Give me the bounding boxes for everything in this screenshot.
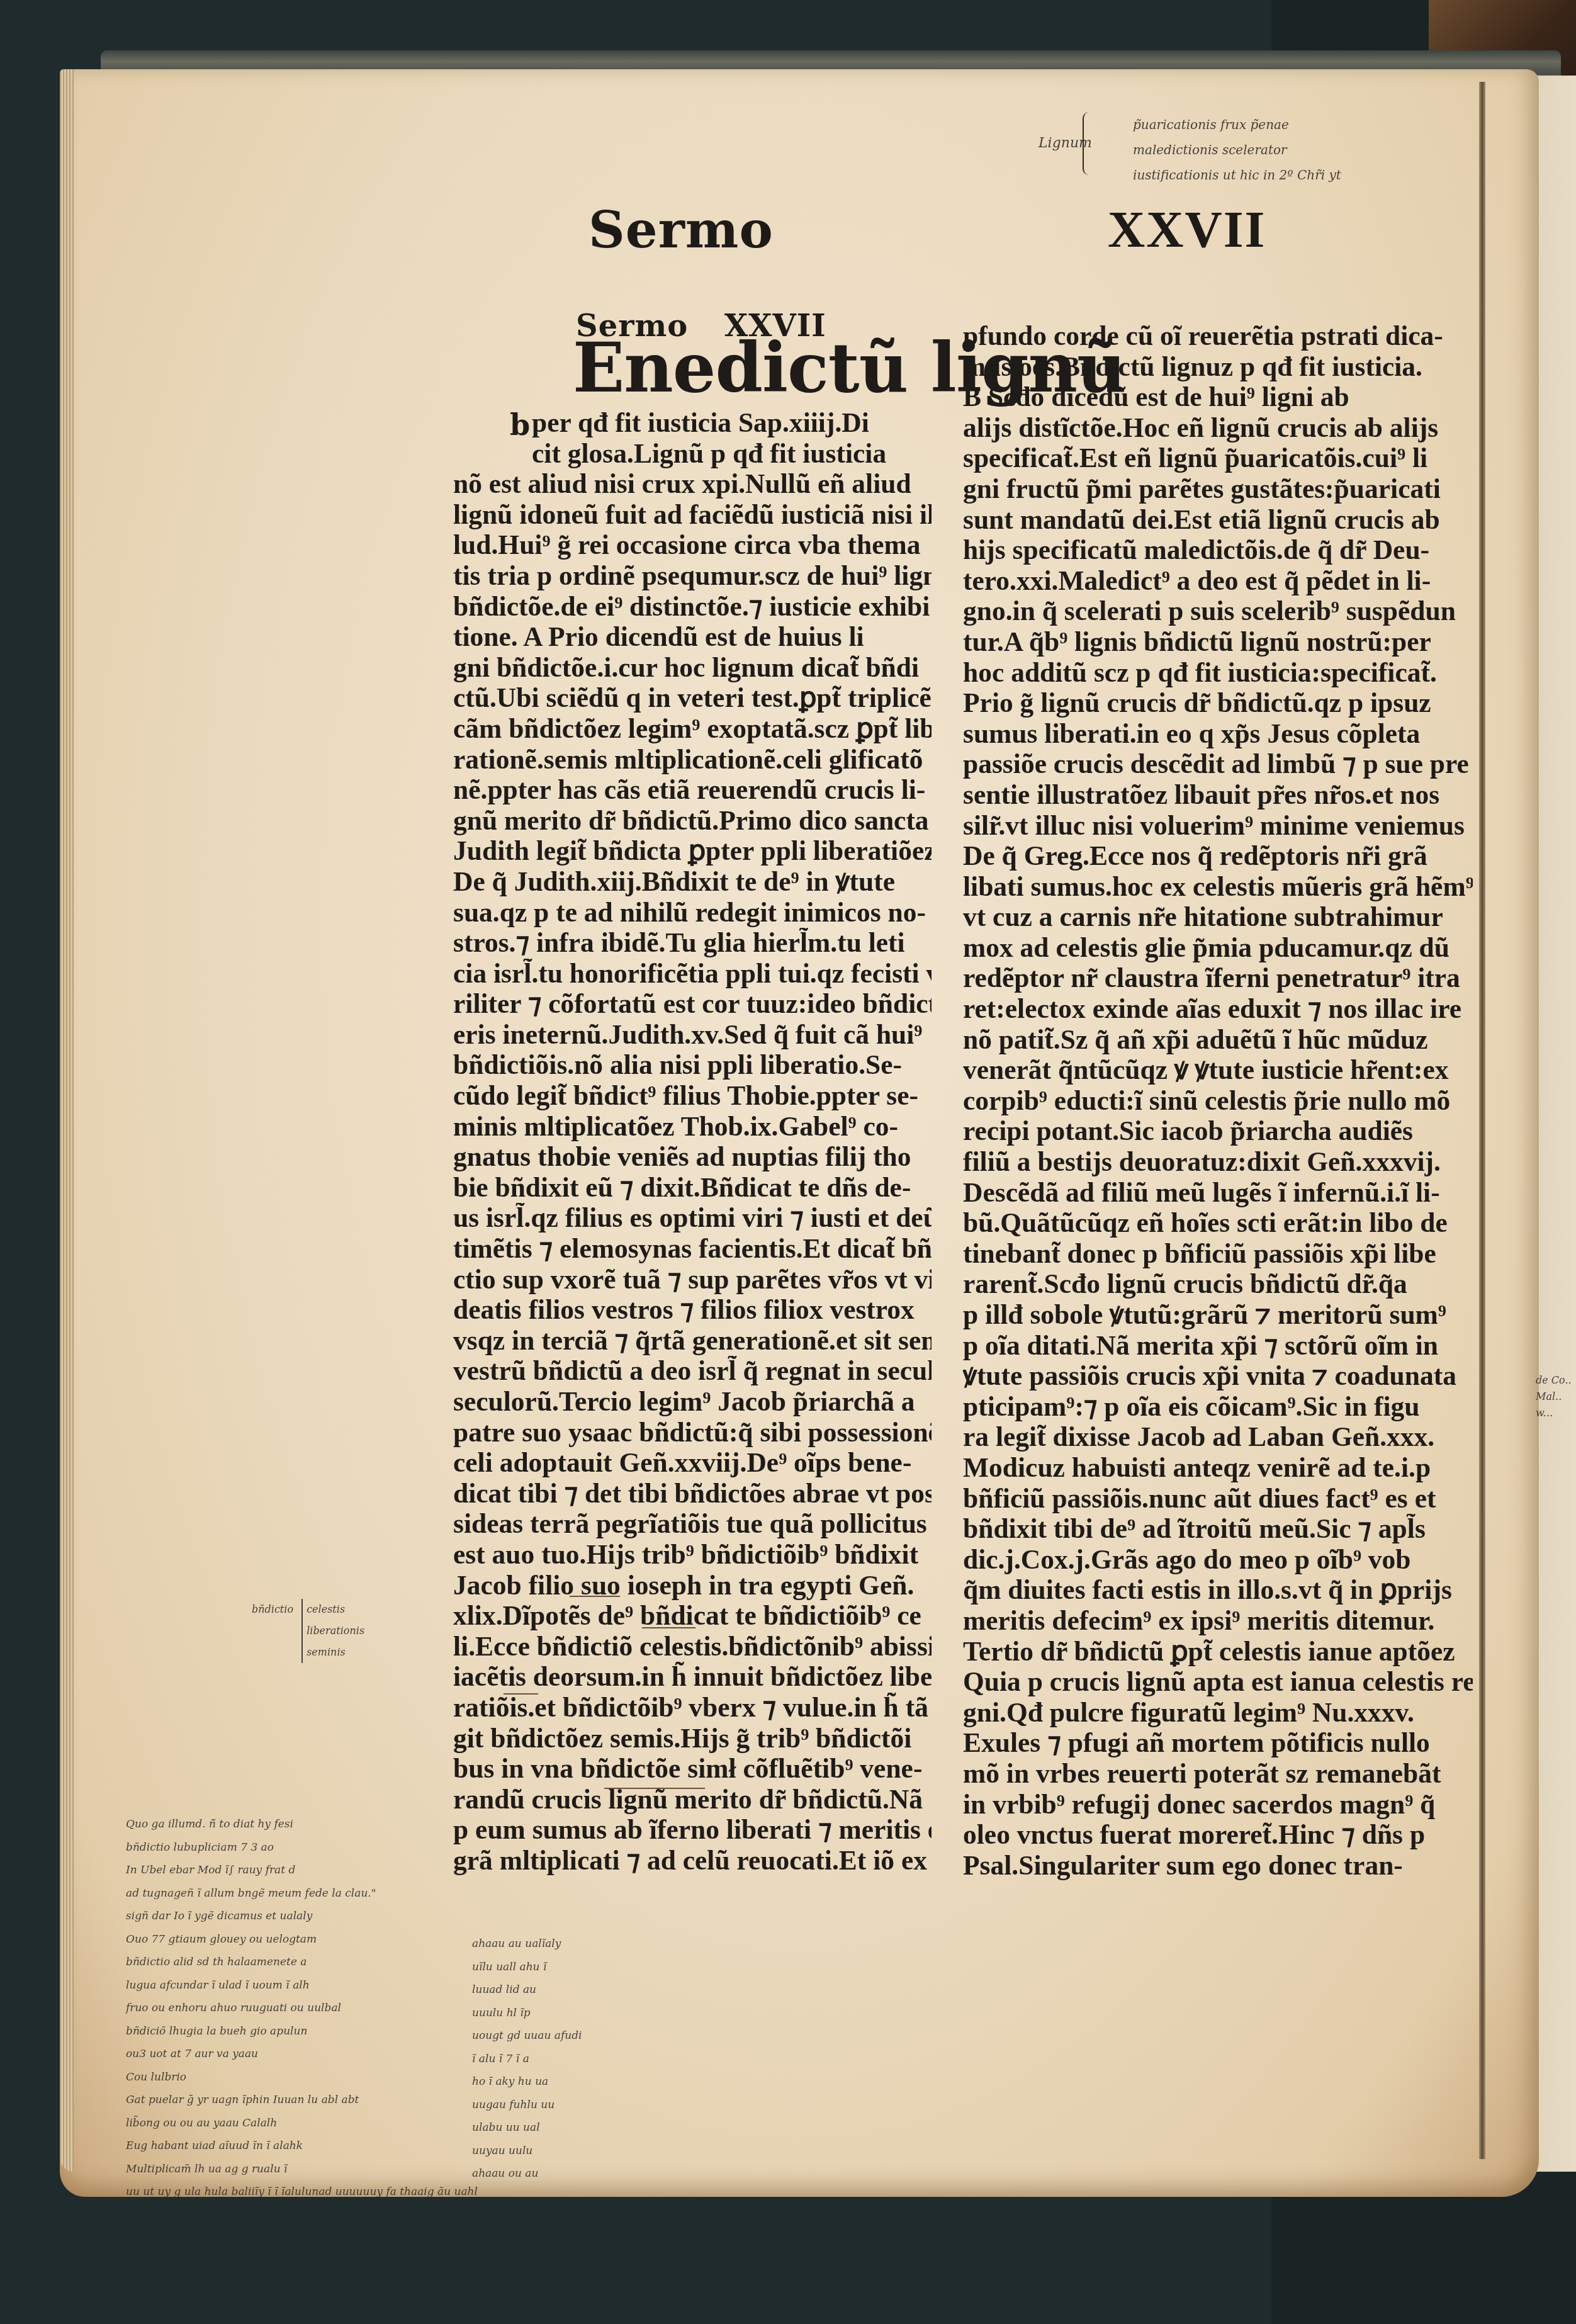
text-line: p eum sumus ab ĩferno liberati ⁊ meritis…	[453, 1815, 932, 1846]
text-line: sumus liberati.in eo q xp̃s Jesus cõplet…	[963, 719, 1473, 750]
running-head-number: XXVII	[1108, 200, 1266, 259]
text-line: in vrbib⁹ refugij donec sacerdos magn⁹ q…	[963, 1790, 1473, 1820]
text-line: per qđ fit iusticia Sap.xiiij.Di	[453, 408, 932, 439]
brace-icon	[1083, 112, 1096, 175]
text-line: eris ineternũ.Judith.xv.Sed q̃ fuit cã h…	[453, 1020, 932, 1051]
text-column-right: pfundo corde cũ oĩ reuerẽtia pstrati dic…	[963, 321, 1473, 1881]
text-line: De q̃ Greg.Ecce nos q̃ redẽptoris nr̃i g…	[963, 841, 1473, 872]
text-line: sua.qz p te ad nihilũ redegit inimicos n…	[453, 898, 932, 928]
annotation-line: ahaau ou au	[472, 2162, 582, 2186]
text-line: celi adoptauit Geñ.xxviij.De⁹ oĩps bene-	[453, 1448, 932, 1479]
text-line: p oĩa ditati.Nã merita xp̃i ⁊ sctõrũ oĩm…	[963, 1331, 1473, 1362]
text-line: pticipam⁹:⁊ p oĩa eis cõicam⁹.Sic in fig…	[963, 1392, 1473, 1423]
text-line: passiõe crucis descẽdit ad limbũ ⁊ p sue…	[963, 749, 1473, 780]
text-line: iacẽtis deorsum.in h̃ innuit bñdictõez l…	[453, 1662, 932, 1693]
annotation-line: ho ĩ aky hu ua	[472, 2070, 582, 2094]
text-line: cia isrl̃.tu honorificẽtia ppli tui.qz f…	[453, 959, 932, 990]
text-line: mõ in vrbes reuerti poterãt sz remanebãt	[963, 1759, 1473, 1790]
annotation-line: maledictionis scelerator	[1133, 137, 1341, 162]
text-line: alijs distĩctõe.Hoc eñ lignũ crucis ab a…	[963, 413, 1473, 444]
text-line: mox ad celestis glie p̃mia pducamur.qz d…	[963, 933, 1473, 964]
text-line: tinebant̃ donec p bñficiũ passiõis xp̃i …	[963, 1239, 1473, 1270]
text-line: Jacob filio suo ioseph in tra egypti Geñ…	[453, 1571, 932, 1601]
annotation-line: iustificationis ut hic in 2º Chr̃i yt	[1133, 162, 1341, 188]
annotation-line: Gat puelar ḡ yr uagn ĩphin Iuuan lu abl …	[126, 2089, 478, 2112]
text-line: q̃m diuites facti estis in illo.s.vt q̃ …	[963, 1575, 1473, 1606]
text-line: timẽtis ⁊ elemosynas facientis.Et dicat̃…	[453, 1234, 932, 1265]
text-line: hoc additũ scz p qđ fit iusticia:specifi…	[963, 658, 1473, 689]
text-line: libati sumus.hoc ex celestis mũeris grã …	[963, 872, 1473, 903]
text-line: vt cuz a carnis nr̃e hitatione subtrahim…	[963, 902, 1473, 933]
text-line: deatis filios vestros ⁊ filios filiox ve…	[453, 1295, 932, 1326]
text-line: gnatus thobie veniẽs ad nuptias filij th…	[453, 1142, 932, 1173]
text-line: bñdictiõis.nõ alia nisi ppli liberatio.S…	[453, 1050, 932, 1081]
annotation-line: p̃uaricationis frux p̃enae	[1133, 112, 1341, 137]
text-line: dic.j.Cox.j.Grãs ago do meo p oĩb⁹ vob	[963, 1545, 1473, 1576]
annotation-line: luuad lid au	[472, 1978, 582, 2002]
annotation-line: bñdiciõ lhugia la bueh gio apulun	[126, 2020, 478, 2043]
annotation-line: sigñ dar Io ĩ ygẽ dicamus et ualaly	[126, 1905, 478, 1928]
text-line: bũ.Quãtũcũqz eñ hoĩes scti erãt:in libo …	[963, 1208, 1473, 1239]
page-gutter	[1479, 82, 1485, 2159]
annotation-line: uuulu hl ĩp	[472, 2002, 582, 2025]
annotation-line: uuyau uulu	[472, 2140, 582, 2163]
annotation-list: celestis liberationis seminis	[301, 1599, 364, 1663]
text-line: bñdixit tibi de⁹ ad ĩtroitũ meũ.Sic ⁊ ap…	[963, 1514, 1473, 1545]
text-line: est auo tuo.Hijs trib⁹ bñdictiõib⁹ bñdix…	[453, 1540, 932, 1571]
text-line: tero.xxi.Maledict⁹ a deo est q̃ pẽdet in…	[963, 566, 1473, 597]
annotation-line: bñdictio lubupliciam 7 3 ao	[126, 1836, 478, 1859]
text-line: gnũ merito dr̃ bñdictũ.Primo dico sancta	[453, 806, 932, 837]
text-line: Quia p crucis lignũ apta est ianua celes…	[963, 1667, 1473, 1698]
text-line: li.Ecce bñdictiõ celestis.bñdictõnib⁹ ab…	[453, 1632, 932, 1662]
text-line: p illđ sobole ꝟtutũ:grãrũ ⁊ meritorũ sum…	[963, 1300, 1473, 1331]
text-line: specificat̃.Est eñ lignũ p̃uaricatõis.cu…	[963, 443, 1473, 474]
text-line: De q̃ Judith.xiij.Bñdixit te de⁹ in ꝟtut…	[453, 867, 932, 898]
annotation-line: Multiplicam̃ lh ua ag g rualu ĩ	[126, 2158, 478, 2181]
text-line: rationẽ.semis mltiplicationẽ.celi glific…	[453, 745, 932, 776]
text-line: nõ patit̃.Sz q̃ añ xp̃i aduẽtũ ĩ hũc mũd…	[963, 1025, 1473, 1056]
annotation-line: ulabu uu ual	[472, 2116, 582, 2140]
annotation-top-margin: p̃uaricationis frux p̃enae maledictionis…	[1133, 112, 1341, 188]
annotation-right-margin: de Co.. Mal.. w...	[1536, 1372, 1572, 1421]
text-line: Judith legit̃ bñdicta ꝑpter ppli liberat…	[453, 836, 932, 867]
text-line: cũdo legit̃ bñdict⁹ filius Thobie.ppter …	[453, 1081, 932, 1112]
text-column-left: per qđ fit iusticia Sap.xiiij.Di cit glo…	[453, 408, 932, 1876]
annotation-line: uĩlu uall ahu ĩ	[472, 1956, 582, 1979]
text-line: redẽptor nr̃ claustra ĩferni penetratur⁹…	[963, 963, 1473, 994]
text-line: ra legit̃ dixisse Jacob ad Laban Geñ.xxx…	[963, 1422, 1473, 1453]
text-line: ctũ.Ubi sciẽdũ q in veteri test.ꝑpt̃ tri…	[453, 683, 932, 714]
annotation-bottom-right: ahaau au ualĩaly uĩlu uall ahu ĩ luuad l…	[472, 1932, 582, 2186]
text-line: Psal.Singulariter sum ego donec tran-	[963, 1851, 1473, 1881]
text-line: Modicuz habuisti anteqz venirẽ ad te.i.p	[963, 1453, 1473, 1484]
text-line: riliter ⁊ cõfortatũ est cor tuuz:ideo bñ…	[453, 989, 932, 1020]
annotation-line: lib̃ong ou ou au yaau Calalh	[126, 2112, 478, 2135]
annotation-line: seminis	[307, 1642, 364, 1663]
annotation-line: liberationis	[307, 1620, 364, 1642]
text-line: cit glosa.Lignũ p qđ fit iusticia	[453, 439, 932, 470]
text-line: ꝟtute passiõis crucis xp̃i vnita ⁊ coadu…	[963, 1361, 1473, 1392]
running-head-title: Sermo	[588, 200, 774, 259]
text-line: recipi potant.Sic iacob p̃riarcha audiẽs	[963, 1116, 1473, 1147]
text-line: seculorũ.Tercio legim⁹ Jacob p̃riarchã a	[453, 1387, 932, 1418]
text-line: meritis defecim⁹ ex ipsi⁹ meritis ditemu…	[963, 1606, 1473, 1637]
annotation-line: Mal..	[1536, 1389, 1572, 1405]
annotation-line: Cou lulbrio	[126, 2066, 478, 2089]
text-line: gni.Qđ pulcre figuratũ legim⁹ Nu.xxxv.	[963, 1698, 1473, 1729]
text-line: tur.A q̃b⁹ lignis bñdictũ lignũ nostrũ:p…	[963, 627, 1473, 658]
text-line: vsqz in terciã ⁊ q̃rtã generationẽ.et si…	[453, 1326, 932, 1357]
text-line: silr̃.vt illuc nisi voluerim⁹ minime ven…	[963, 811, 1473, 842]
text-line: randũ crucis lignũ merito dr̃ bñdictũ.Nã	[453, 1785, 932, 1815]
annotation-bottom-left: Quo ga illumd. ñ̃ to diat hy fesi bñdict…	[126, 1813, 478, 2204]
annotation-line: uougt gd uuau afudi	[472, 2024, 582, 2048]
text-line: Prio g̃ lignũ crucis dr̃ bñdictũ.qz p ip…	[963, 688, 1473, 719]
text-line: rarent̃.Scđo lignũ crucis bñdictũ dr̃.q̃…	[963, 1269, 1473, 1300]
text-line: dicat tibi ⁊ det tibi bñdictões abrae vt…	[453, 1479, 932, 1509]
manuscript-underline	[604, 1788, 705, 1789]
manuscript-underline	[642, 1627, 695, 1628]
text-line: Tertio dr̃ bñdictũ ꝑpt̃ celestis ianue a…	[963, 1637, 1473, 1667]
annotation-line: Eug habant uiad aĩuud ĩn ĩ alahk	[126, 2135, 478, 2158]
annotation-line: Ouo 77 gtiaum glouey ou uelogtam	[126, 1928, 478, 1951]
page-left-fore-edge	[60, 69, 74, 2172]
text-line: hijs specificatũ maledictõis.de q̃ dr̃ D…	[963, 535, 1473, 566]
text-line: venerãt q̃ntũcũqz ꝟ ꝟtute iusticie hr̃en…	[963, 1055, 1473, 1086]
text-line: nõ est aliud nisi crux xpi.Nullũ eñ aliu…	[453, 469, 932, 500]
text-line: Exules ⁊ pfugi añ mortem põtificis nullo	[963, 1728, 1473, 1759]
text-line: gni fructũ p̃mi parẽtes gustãtes:p̃uaric…	[963, 474, 1473, 505]
text-line: vestrũ bñdictũ a deo isrl̃ q̃ regnat in …	[453, 1356, 932, 1387]
annotation-line: w...	[1536, 1405, 1572, 1421]
annotation-line: lugua afcundar ĩ ulad ĩ uoum ĩ alh	[126, 1974, 478, 1997]
annotation-line: uugau fuhlu uu	[472, 2094, 582, 2117]
text-line: corpib⁹ educti:ĩ sinũ celestis p̃rie nul…	[963, 1086, 1473, 1117]
text-line: us isrl̃.qz filius es optimi viri ⁊ iust…	[453, 1203, 932, 1234]
annotation-label: bñdictio	[252, 1603, 293, 1615]
text-line: gno.in q̃ scelerati p suis scelerib⁹ sus…	[963, 596, 1473, 627]
text-line: lud.Hui⁹ g̃ rei occasione circa vba them…	[453, 530, 932, 561]
text-line: oleo vnctus fuerat moreret̃.Hinc ⁊ dñs p	[963, 1820, 1473, 1851]
annotation-line: Quo ga illumd. ñ̃ to diat hy fesi	[126, 1813, 478, 1836]
text-line: lignũ idoneũ fuit ad faciẽdũ iusticiã ni…	[453, 500, 932, 531]
text-line: tione. A Prio dicendũ est de huius li	[453, 622, 932, 653]
text-line: pfundo corde cũ oĩ reuerẽtia pstrati dic…	[963, 321, 1473, 352]
text-line: tis tria p ordinẽ psequmur.scz de hui⁹ l…	[453, 561, 932, 592]
annotation-left-margin: bñdictio celestis liberationis seminis	[252, 1599, 364, 1663]
annotation-line: bñdictio alid sd th halaamenete a	[126, 1951, 478, 1974]
annotation-line: ou3 uot at 7 aur va yaau	[126, 2043, 478, 2066]
annotation-line: ahaau au ualĩaly	[472, 1932, 582, 1956]
text-line: gni bñdictõe.i.cur hoc lignum dicat̃ bñd…	[453, 653, 932, 684]
text-line: bñficiũ passiõis.nunc aũt diues fact⁹ es…	[963, 1484, 1473, 1515]
text-line: patre suo ysaac bñdictũ:q̃ sibi possessi…	[453, 1418, 932, 1448]
annotation-line: ĩ alu ĩ 7 ĩ a	[472, 2048, 582, 2071]
annotation-line: ad tugnageñ ĩ allum bngẽ meum fede la cl…	[126, 1882, 478, 1905]
text-line: nẽ.ppter has cãs etiã reuerendũ crucis l…	[453, 775, 932, 806]
text-line: minis mltiplicatõez Thob.ix.Gabel⁹ co-	[453, 1112, 932, 1142]
text-line: bie bñdixit eũ ⁊ dixit.Bñdicat te dñs de…	[453, 1173, 932, 1204]
text-line: grã mltiplicati ⁊ ad celũ reuocati.Et iõ…	[453, 1846, 932, 1876]
text-line: sentie illustratõez libauit pr̃es nr̃os.…	[963, 780, 1473, 811]
text-line: B Scđo dicẽdũ est de hui⁹ ligni ab	[963, 382, 1473, 413]
text-line: filiũ a bestijs deuoratuz:dixit Geñ.xxxv…	[963, 1147, 1473, 1178]
manuscript-underline	[504, 1693, 538, 1695]
annotation-line: de Co..	[1536, 1372, 1572, 1389]
text-line: bñdictõe.de ei⁹ distinctõe.⁊ iusticie ex…	[453, 592, 932, 623]
text-line: cãm bñdictõez legim⁹ exoptatã.scz ꝑpt̃ l…	[453, 714, 932, 745]
text-line: sideas terrã pegrĩatiõis tue quã pollici…	[453, 1509, 932, 1540]
annotation-line: In Ubel ebar Mod ĩ∫ rauy frat d	[126, 1859, 478, 1882]
annotation-line: fruo ou enhoru ahuo ruuguati ou uulbal	[126, 1997, 478, 2020]
annotation-line: uu ut uy g ula hula baliiĩy ĩ ĩ ĩaluluna…	[126, 2180, 478, 2204]
text-line: ratiõis.et bñdictõib⁹ vberx ⁊ vulue.in h…	[453, 1693, 932, 1723]
text-line: sunt mandatũ dei.Est etiã lignũ crucis a…	[963, 505, 1473, 536]
text-line: Descẽdã ad filiũ meũ lugẽs ĩ infernũ.i.ĩ…	[963, 1178, 1473, 1209]
text-line: bus in vna bñdictõe simł cõfluẽtib⁹ vene…	[453, 1754, 932, 1785]
annotation-line: celestis	[307, 1599, 364, 1620]
text-line: ctio sup vxorẽ tuã ⁊ sup parẽtes vr̃os v…	[453, 1265, 932, 1295]
text-line: ret:electox exinde aĩas eduxit ⁊ nos ill…	[963, 994, 1473, 1025]
manuscript-underline	[570, 1596, 620, 1597]
text-line: mus oẽs.Bñdictũ lignuz p qđ fit iusticia…	[963, 352, 1473, 383]
text-line: git bñdictõez semis.Hijs g̃ trib⁹ bñdict…	[453, 1723, 932, 1754]
text-line: stros.⁊ infra ibidẽ.Tu glia hierl̃m.tu l…	[453, 928, 932, 959]
